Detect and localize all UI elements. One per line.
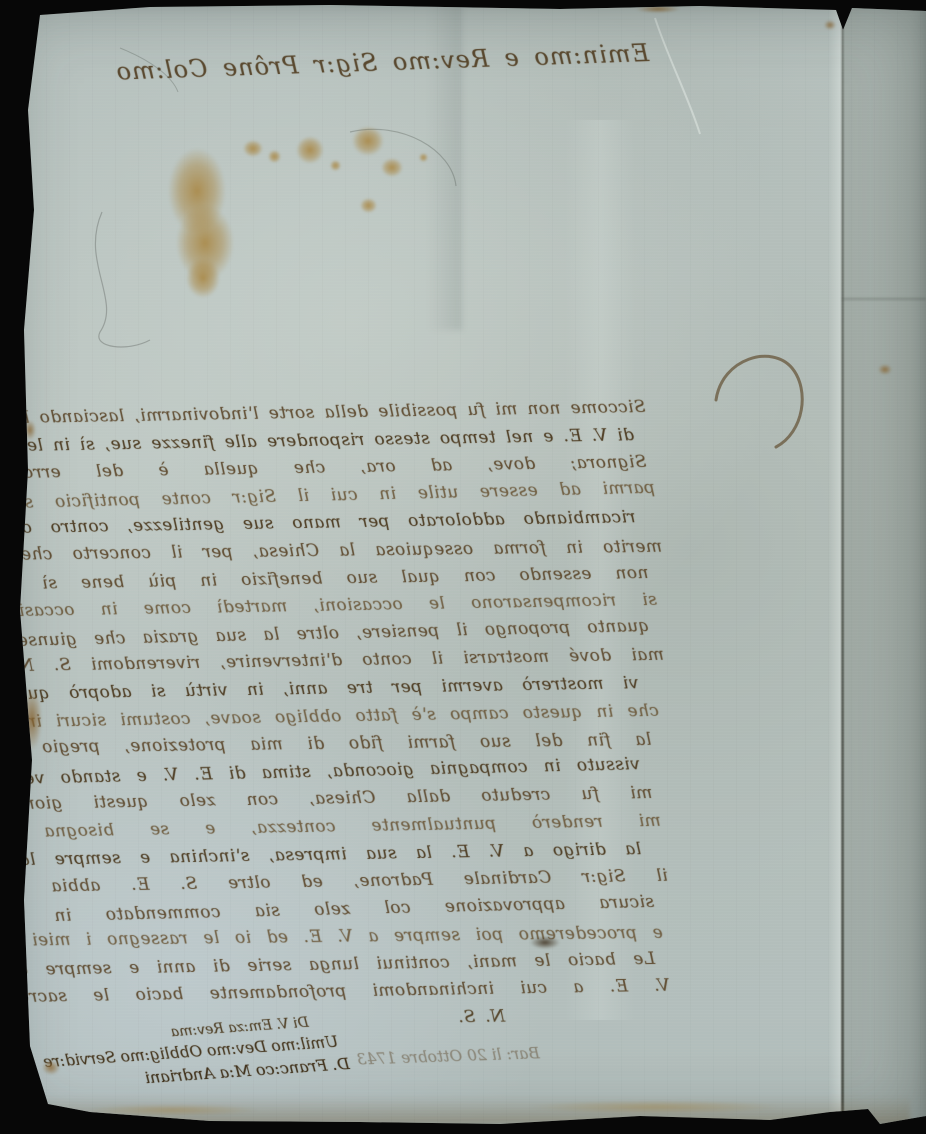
stain [352,126,384,156]
mirrored-text-layer: Siccome non mi fu possibile della sorte … [0,394,671,1056]
top-edge-stain [636,5,680,13]
wrinkle-highlight [655,18,700,134]
stain [186,258,220,298]
paper-sheet: Emin:mo e Rev:mo Sig:r Prône Col:mo Sicc… [0,0,926,1134]
horizontal-crease [842,298,926,300]
fold-crease-line [841,6,844,1130]
crease-highlight [828,0,842,1134]
folded-flap [842,0,926,1134]
stain [176,205,234,281]
mirrored-text-layer: Bar: li 20 Ottobre 1743 [325,1044,541,1081]
pen-flourish [716,356,802,447]
address-inscription: Emin:mo e Rev:mo Sig:r Prône Col:mo [249,39,651,131]
date-line-block: Bar: li 20 Ottobre 1743 [325,1044,541,1081]
body-lines: Siccome non mi fu possibile della sorte … [0,394,670,1041]
address-line: Emin:mo e Rev:mo Sig:r Prône Col:mo [249,39,650,81]
stain [381,158,403,177]
stain [268,150,281,163]
hairline-scratch [95,212,150,347]
scanned-letter-page: Emin:mo e Rev:mo Sig:r Prône Col:mo Sicc… [0,0,926,1134]
letter-body: Siccome non mi fu possibile della sorte … [0,394,671,1056]
stain [168,148,226,234]
stain [360,198,377,213]
stain [419,153,428,162]
mirrored-text-layer: Emin:mo e Rev:mo Sig:r Prône Col:mo [249,39,651,131]
stain [243,140,263,157]
stain [296,136,324,164]
stain [330,160,341,171]
